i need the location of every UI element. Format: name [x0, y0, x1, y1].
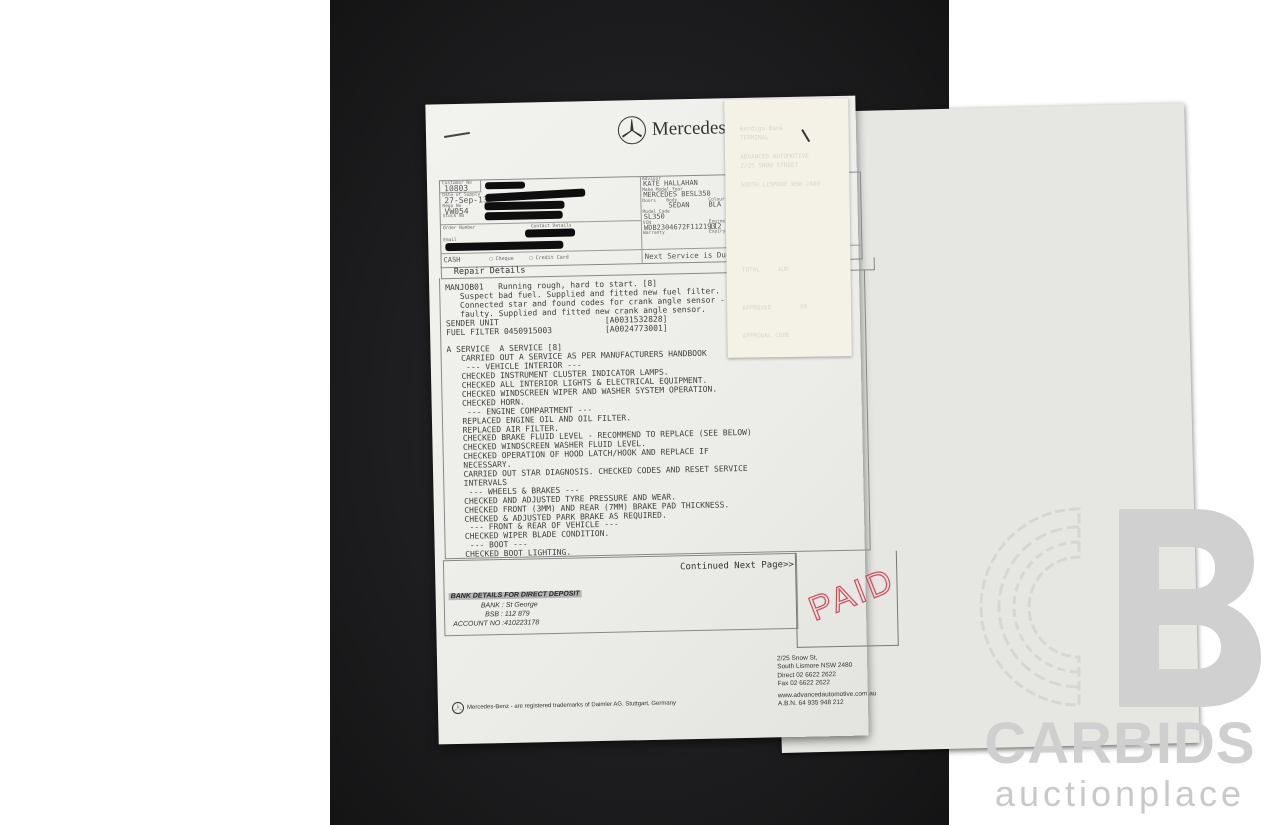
bsb: BSB : 112 879: [485, 611, 530, 619]
trademark-notice: Mercedes-Benz - are registered trademark…: [452, 697, 676, 714]
model-code: SL350: [644, 213, 665, 221]
cheque-option[interactable]: □ Cheque: [490, 256, 514, 263]
brand-name: Mercedes: [652, 117, 726, 141]
doors-label: Doors: [642, 199, 656, 204]
bank-details-heading: BANK DETAILS FOR DIRECT DEPOSIT: [449, 590, 582, 600]
expiry-label: Expiry: [709, 229, 725, 234]
credit-card-option[interactable]: □ Credit Card: [530, 255, 569, 262]
payment-method: CASH: [444, 256, 461, 264]
watermark-tagline: auctionplace: [975, 773, 1265, 815]
watermark-brand: CARBIDS: [975, 715, 1265, 773]
body-type: SEDAN: [668, 201, 689, 209]
carbids-logo-icon: [979, 507, 1261, 707]
account-no: ACCOUNT NO :410223178: [453, 619, 539, 628]
mercedes-star-icon: [618, 116, 647, 145]
footer-box: Continued Next Page>> BANK DETAILS FOR D…: [443, 553, 799, 636]
bank-name: BANK : St George: [481, 601, 538, 609]
stock-label: Stock No: [443, 214, 465, 219]
repair-lines: MANJOB01 Running rough, hard to start. […: [445, 278, 754, 560]
pen-mark: [444, 132, 470, 138]
abn: A.B.N. 64 935 948 212: [778, 698, 877, 708]
carbids-watermark: CARBIDS auctionplace: [975, 505, 1265, 815]
dealer-address: 2/25 Snow St, South Lismore NSW 2480 Dir…: [777, 653, 877, 708]
continued-next-page: Continued Next Page>>: [680, 560, 794, 572]
colour: BLA: [708, 200, 721, 208]
mercedes-star-small-icon: [452, 702, 464, 714]
eftpos-receipt: Bendigo Bank TERMINAL ADVANCED AUTOMOTIV…: [724, 98, 852, 358]
order-label: Order Number: [443, 226, 476, 232]
mercedes-logo: Mercedes: [618, 114, 726, 144]
warranty-label: Warranty: [643, 231, 665, 236]
